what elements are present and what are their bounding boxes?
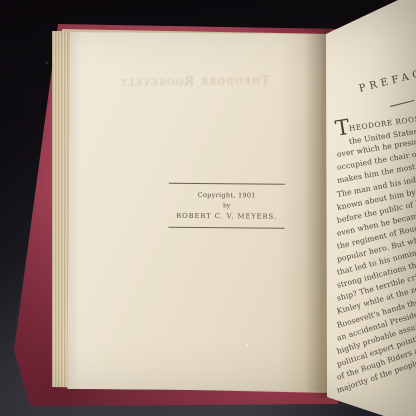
photo-vignette (0, 0, 416, 416)
book-photo: Theodore Roosevelt Copyright, 1901 by RO… (0, 0, 416, 416)
